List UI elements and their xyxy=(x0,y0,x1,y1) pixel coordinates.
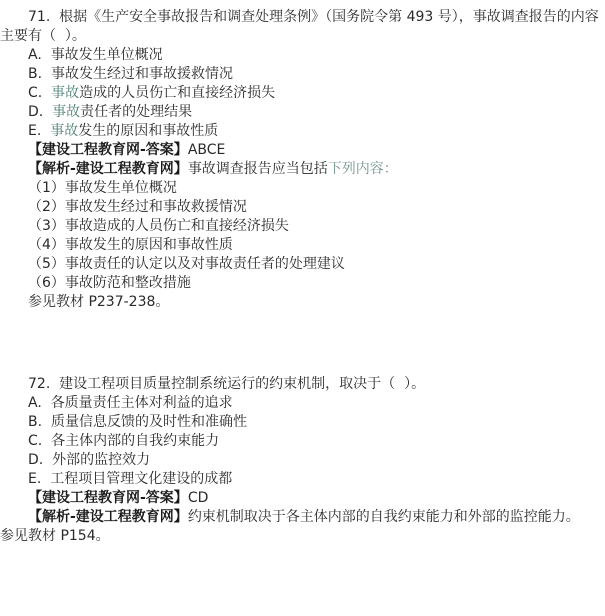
option-letter: B. xyxy=(28,66,51,82)
question-72-option-a: A. 各质量责任主体对利益的追求 xyxy=(0,394,605,413)
option-highlight: 事故 xyxy=(51,85,79,101)
option-text: 质量信息反馈的及时性和准确性 xyxy=(51,414,247,430)
question-71-option-d: D. 事故责任者的处理结果 xyxy=(0,103,605,122)
option-text: 责任者的处理结果 xyxy=(80,104,192,120)
question-71-analysis-line: 【解析-建设工程教育网】事故调查报告应当包括下列内容： xyxy=(0,160,605,179)
question-72-option-b: B. 质量信息反馈的及时性和准确性 xyxy=(0,413,605,432)
analysis-item-3: （3）事故造成的人员伤亡和直接经济损失 xyxy=(0,217,605,236)
analysis-label: 【解析-建设工程教育网】 xyxy=(28,509,188,525)
analysis-item-4: （4）事故发生的原因和事故性质 xyxy=(0,236,605,255)
exam-document: 71. 根据《生产安全事故报告和调查处理条例》（国务院令第 493 号），事故调… xyxy=(0,0,605,546)
answer-label: 【建设工程教育网-答案】 xyxy=(28,142,188,158)
option-highlight: 事故 xyxy=(50,123,78,139)
analysis-tail: 下列内容： xyxy=(328,161,398,177)
question-71-textbook-reference: 参见教材 P237-238。 xyxy=(0,293,605,312)
question-72-option-c: C. 各主体内部的自我约束能力 xyxy=(0,432,605,451)
question-71-option-c: C. 事故造成的人员伤亡和直接经济损失 xyxy=(0,84,605,103)
question-71-answer-line: 【建设工程教育网-答案】ABCE xyxy=(0,141,605,160)
option-letter: B. xyxy=(28,414,51,430)
question-71-option-a: A. 事故发生单位概况 xyxy=(0,46,605,65)
option-letter: C. xyxy=(28,433,51,449)
question-71-option-b: B. 事故发生经过和事故援救情况 xyxy=(0,65,605,84)
option-letter: D. xyxy=(28,452,52,468)
question-72-answer-line: 【建设工程教育网-答案】CD xyxy=(0,489,605,508)
option-letter: A. xyxy=(28,395,51,411)
answer-value: ABCE xyxy=(188,142,226,158)
question-71-option-e: E. 事故发生的原因和事故性质 xyxy=(0,122,605,141)
question-72-textbook-reference: 参见教材 P154。 xyxy=(0,527,605,546)
option-letter: C. xyxy=(28,85,51,101)
option-text: 各质量责任主体对利益的追求 xyxy=(51,395,233,411)
answer-value: CD xyxy=(188,490,209,506)
option-letter: D. xyxy=(28,104,52,120)
question-71-stem: 71. 根据《生产安全事故报告和调查处理条例》（国务院令第 493 号），事故调… xyxy=(0,8,605,46)
option-letter: E. xyxy=(28,123,50,139)
question-72-stem: 72. 建设工程项目质量控制系统运行的约束机制，取决于（ ）。 xyxy=(0,375,605,394)
option-text: 事故发生单位概况 xyxy=(51,47,163,63)
analysis-item-1: （1）事故发生单位概况 xyxy=(0,179,605,198)
question-72-option-e: E. 工程项目管理文化建设的成都 xyxy=(0,470,605,489)
analysis-text: 事故调查报告应当包括 xyxy=(188,161,328,177)
analysis-item-5: （5）事故责任的认定以及对事故责任者的处理建议 xyxy=(0,255,605,274)
option-highlight: 事故 xyxy=(52,104,80,120)
option-text: 外部的监控效力 xyxy=(52,452,150,468)
question-72: 72. 建设工程项目质量控制系统运行的约束机制，取决于（ ）。 A. 各质量责任… xyxy=(0,375,605,546)
option-text: 各主体内部的自我约束能力 xyxy=(51,433,219,449)
analysis-text: 约束机制取决于各主体内部的自我约束能力和外部的监控能力。 xyxy=(188,509,580,525)
option-letter: E. xyxy=(28,471,50,487)
option-text: 事故发生经过和事故援救情况 xyxy=(51,66,233,82)
option-letter: A. xyxy=(28,47,51,63)
answer-label: 【建设工程教育网-答案】 xyxy=(28,490,188,506)
question-72-option-d: D. 外部的监控效力 xyxy=(0,451,605,470)
option-text: 造成的人员伤亡和直接经济损失 xyxy=(79,85,275,101)
analysis-label: 【解析-建设工程教育网】 xyxy=(28,161,188,177)
analysis-item-6: （6）事故防范和整改措施 xyxy=(0,274,605,293)
question-71: 71. 根据《生产安全事故报告和调查处理条例》（国务院令第 493 号），事故调… xyxy=(0,8,605,312)
question-72-analysis-line: 【解析-建设工程教育网】约束机制取决于各主体内部的自我约束能力和外部的监控能力。 xyxy=(0,508,605,527)
option-text: 发生的原因和事故性质 xyxy=(78,123,218,139)
option-text: 工程项目管理文化建设的成都 xyxy=(50,471,232,487)
analysis-item-2: （2）事故发生经过和事故救援情况 xyxy=(0,198,605,217)
